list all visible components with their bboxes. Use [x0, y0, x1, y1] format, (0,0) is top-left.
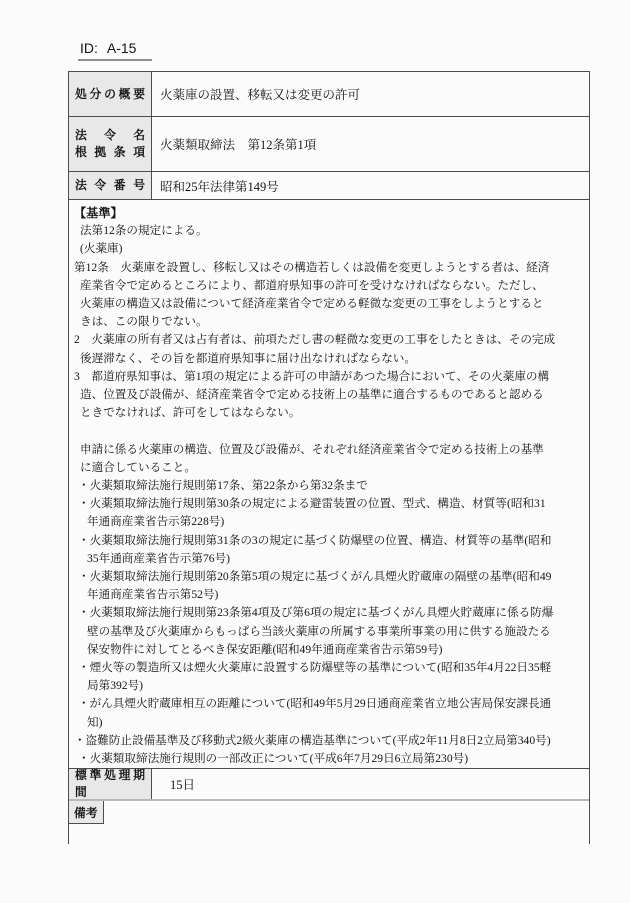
row-overview: 処分の概要 火薬庫の設置、移転又は変更の許可	[69, 72, 589, 117]
kijun-line: ・火薬類取締法施行規則の一部改正について(平成6年7月29日6立局第230号)	[74, 750, 585, 768]
row-remarks: 備考	[69, 801, 589, 844]
kijun-line: 造、位置及び設備が、経済産業省令で定める技術上の基準に適合するものであると認める	[74, 386, 585, 404]
id-label: ID:	[80, 40, 98, 56]
kijun-line: ・がん具煙火貯蔵庫相互の距離について(昭和49年5月29日通商産業省立地公害局保…	[74, 695, 585, 713]
kijun-line: 年通商産業省告示第52号)	[74, 586, 585, 604]
kijun-section: 【基準】法第12条の規定による。(火薬庫)第12条 火薬庫を設置し、移転し又はそ…	[69, 200, 589, 769]
processing-period-value: 15日	[152, 769, 589, 799]
kijun-heading: 【基準】	[74, 204, 585, 222]
law-name-label-line2: 根拠条項	[75, 144, 145, 161]
kijun-line: 産業省令で定めるところにより、都道府県知事の許可を受けなければならない。ただし、	[74, 277, 585, 295]
kijun-line: ・火薬類取締法施行規則第23条第4項及び第6項の規定に基づくがん具煙火貯蔵庫に係…	[74, 604, 585, 622]
row-processing-period: 標準処理期間 15日	[69, 769, 589, 801]
kijun-line: 後遅滞なく、その旨を都道府県知事に届け出なければならない。	[74, 350, 585, 368]
law-name-label-cell: 法令名 根拠条項	[69, 117, 152, 171]
kijun-line: ときでなければ、許可をしてはならない。	[74, 404, 585, 422]
document-id: ID:A-15	[78, 40, 152, 61]
law-number-label: 法令番号	[75, 177, 145, 194]
kijun-line: ・火薬類取締法施行規則第31条の3の規定に基づく防爆壁の位置、構造、材質等の基準…	[74, 532, 585, 550]
law-number-value: 昭和25年法律第149号	[152, 172, 589, 199]
kijun-line: 法第12条の規定による。	[74, 222, 585, 240]
procedure-table: 処分の概要 火薬庫の設置、移転又は変更の許可 法令名 根拠条項 火薬類取締法 第…	[68, 71, 590, 844]
kijun-line: 第12条 火薬庫を設置し、移転し又はその構造若しくは設備を変更しようとする者は、…	[74, 259, 585, 277]
kijun-line: (火薬庫)	[74, 240, 585, 258]
id-value: A-15	[107, 40, 137, 56]
overview-label-cell: 処分の概要	[69, 72, 152, 116]
processing-period-label: 標準処理期間	[75, 767, 145, 801]
law-number-label-cell: 法令番号	[69, 172, 152, 199]
kijun-line: 壁の基準及び火薬庫からもっぱら当該火薬庫の所属する事業所事業の用に供する施設たる	[74, 623, 585, 641]
row-law-number: 法令番号 昭和25年法律第149号	[69, 172, 589, 200]
kijun-line: 火薬庫の構造又は設備について経済産業省令で定める軽微な変更の工事をしようとすると	[74, 295, 585, 313]
kijun-line: 局第392号)	[74, 677, 585, 695]
kijun-line: ・煙火等の製造所又は煙火火薬庫に設置する防爆壁等の基準について(昭和35年4月2…	[74, 659, 585, 677]
kijun-line: 申請に係る火薬庫の構造、位置及び設備が、それぞれ経済産業省令で定める技術上の基準	[74, 441, 585, 459]
kijun-line: ・火薬類取締法施行規則第30条の規定による避雷装置の位置、型式、構造、材質等(昭…	[74, 495, 585, 513]
kijun-line: 35年通商産業省告示第76号)	[74, 550, 585, 568]
law-name-label-line1: 法令名	[75, 127, 145, 144]
overview-value: 火薬庫の設置、移転又は変更の許可	[152, 72, 589, 116]
kijun-line: 年通商産業省告示第228号)	[74, 513, 585, 531]
processing-period-label-cell: 標準処理期間	[69, 769, 152, 799]
kijun-line: ・火薬類取締法施行規則第17条、第22条から第32条まで	[74, 477, 585, 495]
kijun-line: 知)	[74, 714, 585, 732]
row-law-name: 法令名 根拠条項 火薬類取締法 第12条第1項	[69, 117, 589, 172]
kijun-line: 2 火薬庫の所有者又は占有者は、前項ただし書の軽微な変更の工事をしたときは、その…	[74, 331, 585, 349]
remarks-label: 備考	[69, 801, 104, 824]
kijun-line: 3 都道府県知事は、第1項の規定による許可の申請があつた場合において、その火薬庫…	[74, 368, 585, 386]
kijun-line: きは、この限りでない。	[74, 313, 585, 331]
law-name-value: 火薬類取締法 第12条第1項	[152, 117, 589, 171]
kijun-line: ・盗難防止設備基準及び移動式2級火薬庫の構造基準について(平成2年11月8日2立…	[74, 732, 585, 750]
kijun-line: ・火薬類取締法施行規則第20条第5項の規定に基づくがん具煙火貯蔵庫の隔壁の基準(…	[74, 568, 585, 586]
document-page: ID:A-15 処分の概要 火薬庫の設置、移転又は変更の許可 法令名 根拠条項 …	[0, 0, 630, 903]
kijun-line: 保安物件に対してとるべき保安距離(昭和49年通商産業省告示第59号)	[74, 641, 585, 659]
overview-label: 処分の概要	[75, 86, 145, 103]
kijun-line: に適合していること。	[74, 459, 585, 477]
kijun-line	[74, 422, 585, 440]
